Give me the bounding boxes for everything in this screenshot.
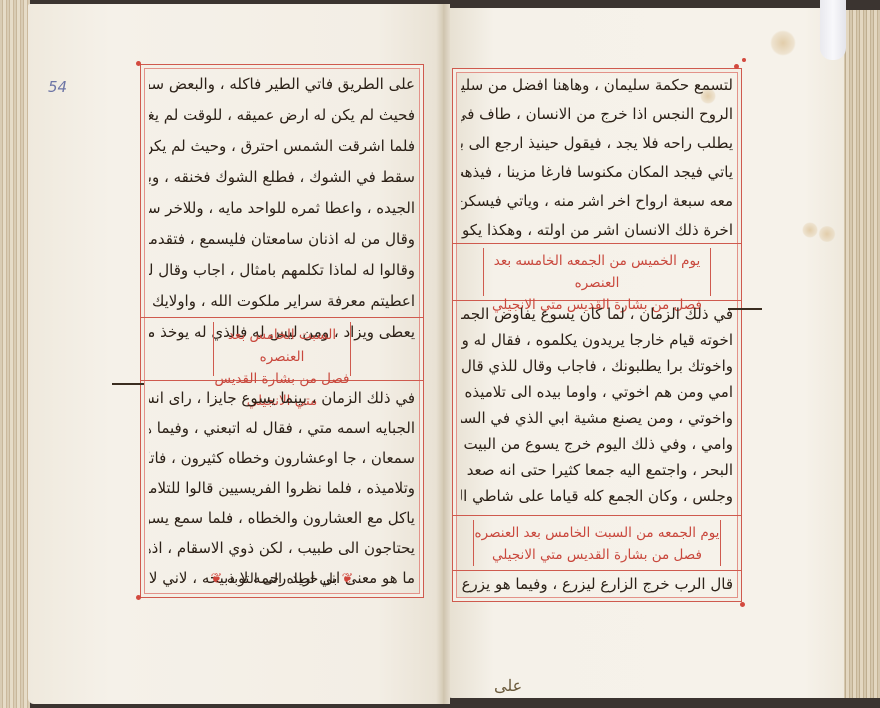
rubric-line: فصل من بشارة القديس متي الانجيلي	[474, 544, 720, 566]
ornament-icon: ❦	[211, 571, 223, 587]
rubric-line: السبت الخامس بعد العنصره	[214, 324, 350, 368]
text-line: ياكل مع العشارون والخطاه ، فلما سمع يسوع…	[149, 503, 415, 533]
text-line: معه سبعة ارواح اخر اشر منه ، وياتي فيسكن…	[461, 187, 733, 216]
text-line: اعطيتم معرفة سراير ملكوت الله ، واولايك …	[149, 286, 415, 317]
paper-stain	[818, 226, 836, 242]
rubric-line: يوم الخميس من الجمعه الخامسه بعد العنصره	[484, 250, 710, 294]
text-line: ياتي فيجد المكان مكنوسا فارغا مزينا ، في…	[461, 158, 733, 187]
catchword: على	[494, 676, 522, 695]
text-line: واخوتك برا يطلبونك ، فاجاب وقال للذي قال…	[461, 353, 733, 379]
left-page-stack-edge	[0, 0, 30, 708]
text-line: وقال من له اذنان سامعتان فليسمع ، فتقدمو…	[149, 224, 415, 255]
text-line: الروح النجس اذا خرج من الانسان ، طاف في …	[461, 100, 733, 129]
frame-corner-ornament	[136, 595, 141, 600]
frame-corner-ornament	[136, 61, 141, 66]
rubric-heading: السبت الخامس بعد العنصره فصل من بشارة ال…	[213, 322, 351, 376]
right-middle-text: في ذلك الزمان ، لما كان يسوع يفاوض الجمو…	[453, 301, 741, 509]
bookmark-tab[interactable]	[820, 0, 846, 60]
text-line: سمعان ، جا اوعشارون وخطاه كثيرون ، فاتكو…	[149, 443, 415, 473]
right-rubric-band-1: يوم الخميس من الجمعه الخامسه بعد العنصره…	[453, 243, 741, 301]
paper-stain	[770, 30, 796, 56]
left-text-frame: على الطريق فاتي الطير فاكله ، والبعض سقط…	[140, 64, 424, 598]
closing-text: بل خطاه الى التوبه	[227, 571, 337, 587]
text-line: وامي ، وفي ذلك اليوم خرج يسوع من البيت ،…	[461, 431, 733, 457]
text-line: الجبايه اسمه متي ، فقال له اتبعني ، وفيم…	[149, 413, 415, 443]
ornament-icon: ❦	[337, 571, 353, 587]
frame-corner-ornament	[734, 64, 739, 69]
rubric-heading: يوم الخميس من الجمعه الخامسه بعد العنصره…	[483, 248, 711, 296]
margin-pen-stroke	[112, 383, 144, 385]
text-line: يطلب راحه فلا يجد ، فيقول حينيذ ارجع الى…	[461, 129, 733, 158]
text-line: اخوته قيام خارجا يريدون يكلموه ، فقال له…	[461, 327, 733, 353]
paper-stain	[802, 222, 818, 238]
text-line: في ذلك الزمان ، بينما يسوع جايزا ، راى ا…	[149, 383, 415, 413]
left-lower-text: في ذلك الزمان ، بينما يسوع جايزا ، راى ا…	[141, 383, 423, 593]
text-line: فحيث لم يكن له ارض عميقه ، للوقت لم يغرق…	[149, 100, 415, 131]
text-line: فلما اشرقت الشمس احترق ، وحيث لم يكن له …	[149, 131, 415, 162]
right-lower-text: قال الرب خرج الزارع ليزرع ، وفيما هو يزر…	[453, 569, 741, 599]
text-line: وقالوا له لماذا تكلمهم بامثال ، اجاب وقا…	[149, 255, 415, 286]
frame-corner-ornament	[740, 602, 745, 607]
right-text-frame: لتسمع حكمة سليمان ، وهاهنا افضل من سليما…	[452, 68, 742, 602]
right-page-stack-edge	[843, 10, 880, 698]
text-line: واخوتي ، ومن يصنع مشية ابي الذي في السمو…	[461, 405, 733, 431]
frame-corner-ornament	[742, 58, 746, 62]
margin-pen-stroke	[728, 308, 762, 310]
text-line: البحر ، واجتمع اليه جمعا كثيرا حتى انه ص…	[461, 457, 733, 483]
text-line: وجلس ، وكان الجمع كله قياما على شاطي الب…	[461, 483, 733, 509]
left-rubric-band: السبت الخامس بعد العنصره فصل من بشارة ال…	[141, 317, 423, 381]
manuscript-spread: 54 على على الطريق فاتي الطير فاكله ، وال…	[0, 0, 880, 708]
text-line: قال الرب خرج الزارع ليزرع ، وفيما هو يزر…	[461, 569, 733, 599]
book-gutter	[436, 4, 450, 704]
rubric-line: يوم الجمعه من السبت الخامس بعد العنصره	[474, 522, 720, 544]
rubric-heading: يوم الجمعه من السبت الخامس بعد العنصره ف…	[473, 520, 721, 566]
text-line: وتلاميذه ، فلما نظروا الفريسيين قالوا لل…	[149, 473, 415, 503]
left-upper-text: على الطريق فاتي الطير فاكله ، والبعض سقط…	[141, 69, 423, 348]
text-line: اخرة ذلك الانسان اشر من اولته ، وهكذا يك…	[461, 216, 733, 245]
left-closing-line: ❦ بل خطاه الى التوبه ❦	[141, 571, 423, 587]
text-line: في ذلك الزمان ، لما كان يسوع يفاوض الجمو…	[461, 301, 733, 327]
text-line: الجيده ، واعطا ثمره للواحد مايه ، وللاخر…	[149, 193, 415, 224]
text-line: سقط في الشوك ، فطلع الشوك فخنقه ، وبعض س…	[149, 162, 415, 193]
text-line: يحتاجون الى طبيب ، لكن ذوي الاسقام ، اذه…	[149, 533, 415, 563]
text-line: لتسمع حكمة سليمان ، وهاهنا افضل من سليما…	[461, 71, 733, 100]
text-line: امي ومن هم اخوتي ، واوما بيده الى تلاميذ…	[461, 379, 733, 405]
right-rubric-band-2: يوم الجمعه من السبت الخامس بعد العنصره ف…	[453, 515, 741, 571]
right-upper-text: لتسمع حكمة سليمان ، وهاهنا افضل من سليما…	[453, 71, 741, 245]
text-line: على الطريق فاتي الطير فاكله ، والبعض سقط…	[149, 69, 415, 100]
folio-number: 54	[48, 78, 67, 96]
